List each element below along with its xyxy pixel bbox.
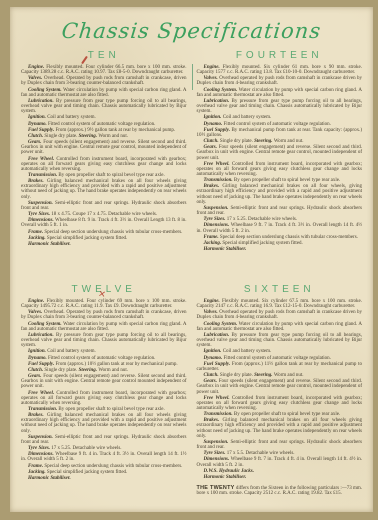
- spec-item: Valves. Overhead. Operated by push rods …: [21, 76, 187, 86]
- two-column-layout: TEN Engine. Flexibly mounted. Four cylin…: [10, 45, 373, 497]
- spec-item: Clutch. Single dry plate. Steering. Worm…: [197, 373, 363, 378]
- spec-item: Dimensions. Wheelbase 9 ft. 4 in. Track …: [21, 452, 187, 462]
- spec-item: Fuel Supply. From (approx.) 9½ gallon ta…: [21, 128, 187, 133]
- spec-item: Harmonic Stabiliser.: [21, 476, 187, 481]
- spec-item: Dynamo. Fitted control system of automat…: [197, 356, 363, 361]
- section-heading-sixteen: SIXTEEN: [197, 284, 363, 295]
- spec-item: Dynamo. Fitted control system of automat…: [21, 356, 187, 361]
- spec-item: Cooling System. Water circulation by pum…: [21, 322, 187, 332]
- spec-item: Lubrication. By pressure from gear type …: [21, 333, 187, 348]
- spec-item: Lubrication. By pressure from gear type …: [21, 99, 187, 114]
- right-column: FOURTEEN Engine. Flexibly mounted. Six c…: [192, 45, 368, 497]
- column-divider-line: [192, 64, 193, 90]
- spec-item: Ignition. Coil and battery system.: [197, 115, 363, 120]
- spec-item: Transmission. By open propeller shaft to…: [21, 407, 187, 412]
- twenty-note: THE TWENTY differs from the Sixteen in t…: [197, 486, 363, 496]
- section-heading-ten: TEN: [21, 50, 187, 61]
- spec-item: Free Wheel. Controlled from instrument b…: [197, 396, 363, 411]
- spec-item: Brakes. Girling balanced mechanical brak…: [197, 184, 363, 205]
- spec-item: Fuel Supply. By mechanical pump from tan…: [197, 128, 363, 138]
- spec-item: Suspension. Semi-elliptic front and rear…: [21, 435, 187, 445]
- spec-item: Gears. Four speeds (silent engagement) a…: [197, 145, 363, 160]
- spec-item: Frame. Special deep section underslung c…: [21, 464, 187, 469]
- spec-item: Ignition. Coil and battery system.: [197, 349, 363, 354]
- spec-item: Gears. Four speeds (silent engagement) a…: [197, 379, 363, 394]
- spec-item: Dimensions. Wheelbase 8 ft. 9 in. Track …: [21, 218, 187, 228]
- spec-item: Dimensions. Wheelbase 9 ft. 7 in. Track …: [197, 457, 363, 467]
- spec-item: Engine. Flexibly mounted. Six cylinder 6…: [197, 65, 363, 75]
- spec-item: Jacking. Special simplified jacking syst…: [197, 241, 363, 246]
- section-ten: TEN Engine. Flexibly mounted. Four cylin…: [21, 50, 187, 271]
- spec-item: Suspension. Semi-elliptic front and rear…: [197, 206, 363, 216]
- spec-item: Brakes. Girling balanced mechanical brak…: [21, 179, 187, 200]
- spec-item: Frame. Special deep section underslung c…: [197, 235, 363, 240]
- spec-item: Dimensions. Wheelbase 9 ft. 7 in. Track …: [197, 223, 363, 233]
- spec-item: Engine. Flexibly mounted. Four cylinder …: [21, 65, 187, 75]
- brochure-page: Chassis Specifications ✕ TEN Engine. Fle…: [10, 7, 373, 512]
- spec-item: Fuel Supply. From (approx.) 10½ gallon t…: [21, 362, 187, 367]
- spec-item: Lubrication. By pressure from gear type …: [197, 333, 363, 348]
- spec-item: Tyre Sizes. 18 x 4.75. Coupe 17 x 4.75. …: [21, 212, 187, 217]
- twenty-note-lead: THE TWENTY: [197, 485, 235, 491]
- spec-item: Dynamo. Fitted control system of automat…: [197, 122, 363, 127]
- spec-item: Clutch. Single dry plate. Steering. Worm…: [21, 134, 187, 139]
- spec-list-fourteen: Engine. Flexibly mounted. Six cylinder 6…: [197, 65, 363, 271]
- page-title: Chassis Specifications: [9, 19, 375, 43]
- spec-item: D.W.S. Hydraulic Jacks.: [197, 469, 363, 474]
- spec-item: Suspension. Semi-elliptic front and rear…: [21, 201, 187, 211]
- spec-item: Valves. Overhead operated by push rods f…: [197, 310, 363, 320]
- section-sixteen: SIXTEEN Engine. Flexibly mounted. Six cy…: [197, 284, 363, 480]
- spec-item: Gears. Four speeds (silent engagement) a…: [21, 140, 187, 155]
- spec-item: Frame. Special deep section underslung c…: [21, 230, 187, 235]
- spec-item: Harmonic Stabiliser.: [21, 242, 187, 247]
- spec-item: Transmission. By open propeller shaft to…: [21, 173, 187, 178]
- spec-item: Suspension. Semi-elliptic front and rear…: [197, 440, 363, 450]
- spec-item: Fuel Supply. From (approx.) 11½ gallon t…: [197, 362, 363, 372]
- spec-item: Valves. Overhead operated by push rods f…: [197, 76, 363, 86]
- spec-item: Jacking. Special simplified jacking syst…: [21, 470, 187, 475]
- spec-item: Engine. Flexibly mounted. Six cylinder 6…: [197, 299, 363, 309]
- spec-item: Free Wheel. Controlled from instrument b…: [197, 162, 363, 177]
- section-fourteen: FOURTEEN Engine. Flexibly mounted. Six c…: [197, 50, 363, 271]
- spec-item: Harmonic Stabiliser.: [197, 247, 363, 252]
- spec-item: Brakes. Girling balanced mechanical brak…: [21, 413, 187, 434]
- spec-item: Lubrication. By pressure from gear type …: [197, 99, 363, 114]
- spec-list-sixteen: Engine. Flexibly mounted. Six cylinder 6…: [197, 299, 363, 480]
- spec-item: Transmission. By open propeller shaft to…: [197, 178, 363, 183]
- spec-list-twelve: Engine. Flexibly mounted. Four cylinder …: [21, 299, 187, 481]
- spec-item: Cooling System. Water circulation by pum…: [197, 88, 363, 98]
- spec-item: Tyre Sizes. 17 x 5.25. Detachable wire w…: [197, 217, 363, 222]
- spec-item: Cooling System. Water circulation by pum…: [197, 322, 363, 332]
- spec-item: Free Wheel. Controlled from instrument b…: [21, 157, 187, 172]
- spec-item: Brakes. Girling balanced mechanical brak…: [197, 418, 363, 439]
- spec-item: Ignition. Coil and battery system.: [21, 115, 187, 120]
- spec-item: Valves. Overhead. Operated by push rods …: [21, 310, 187, 320]
- spec-item: Clutch. Single dry plate. Steering. Worm…: [197, 139, 363, 144]
- spec-item: Jacking. Special simplified jacking syst…: [21, 236, 187, 241]
- spec-item: Gears. Four speeds (silent engagement) a…: [21, 374, 187, 389]
- section-heading-fourteen: FOURTEEN: [197, 50, 363, 61]
- section-twelve: TWELVE Engine. Flexibly mounted. Four cy…: [21, 284, 187, 481]
- spec-item: Dynamo. Fitted control system of automat…: [21, 122, 187, 127]
- spec-item: Harmonic Stabiliser.: [197, 475, 363, 480]
- spec-item: Free Wheel. Controlled from instrument b…: [21, 391, 187, 406]
- spec-item: Ignition. Coil and battery system.: [21, 349, 187, 354]
- spec-list-ten: Engine. Flexibly mounted. Four cylinder …: [21, 65, 187, 271]
- left-column: TEN Engine. Flexibly mounted. Four cylin…: [16, 45, 192, 497]
- spec-item: Tyre Sizes. 17 x 5.5. Detachable wire wh…: [197, 451, 363, 456]
- spec-item: Cooling System. Water circulation by pum…: [21, 88, 187, 98]
- spec-item: Transmission. By open propeller shaft to…: [197, 412, 363, 417]
- spec-item: Clutch. Single dry plate. Steering. Worm…: [21, 368, 187, 373]
- spec-item: Tyre Sizes. 17 x 5.25. Detachable wire w…: [21, 446, 187, 451]
